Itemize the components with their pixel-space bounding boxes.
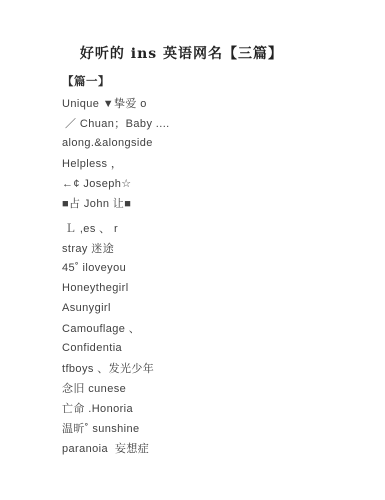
nickname-list: Unique ▼挚爱 o ／ Chuan；Baby .... along.&al…	[62, 93, 345, 458]
list-item: stray 迷途	[62, 238, 345, 258]
list-item: Ｌ ,es 、 r	[62, 218, 345, 238]
list-item: Asunygirl	[62, 298, 345, 318]
list-item: 温昕˚ sunshine	[62, 418, 345, 438]
list-item: ／ Chuan；Baby ....	[62, 113, 345, 133]
document-page: 好听的 ins 英语网名【三篇】 【篇一】 Unique ▼挚爱 o ／ Chu…	[0, 0, 385, 500]
list-item: Helpless ，	[62, 153, 345, 173]
list-item: Camouflage 、	[62, 318, 345, 338]
list-item: tfboys 、发光少年	[62, 358, 345, 378]
list-item: ■占 John 让■	[62, 193, 345, 213]
page-title: 好听的 ins 英语网名【三篇】	[40, 46, 323, 62]
list-item: 45˚ iloveyou	[62, 258, 345, 278]
section-heading: 【篇一】	[62, 75, 345, 89]
list-item: Unique ▼挚爱 o	[62, 93, 345, 113]
list-item: Honeythegirl	[62, 278, 345, 298]
list-item: ←¢ Joseph☆	[62, 173, 345, 193]
list-item: 亡命 .Honoria	[62, 398, 345, 418]
list-item: Confidentia	[62, 338, 345, 358]
list-item: along.&alongside	[62, 133, 345, 153]
list-item: paranoia 妄想症	[62, 438, 345, 458]
list-item: 念旧 cunese	[62, 378, 345, 398]
